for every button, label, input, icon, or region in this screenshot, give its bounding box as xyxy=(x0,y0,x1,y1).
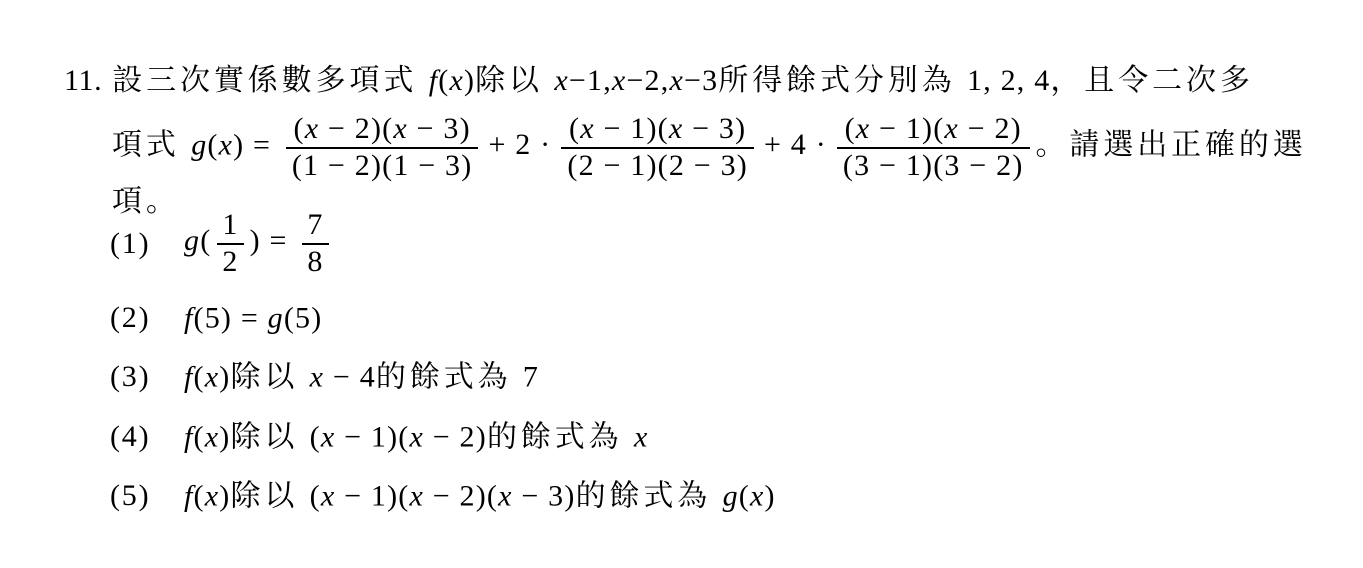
option-1-label: (1) xyxy=(110,225,184,263)
question-stem-line-2: 項式 g(x) = (x − 2)(x − 3)(1 − 2)(1 − 3)+ … xyxy=(112,112,1352,221)
option-1-value-numerator: 7 xyxy=(302,208,328,243)
option-5: (5)f(x)除以 (x − 1)(x − 2)(x − 3)的餘式為 g(x) xyxy=(110,475,776,515)
option-1-g-open: g( xyxy=(184,224,211,257)
option-3-divide-text: 除以 xyxy=(230,360,309,393)
option-5-divide-text: 除以 xyxy=(230,479,309,512)
option-4-remainder-text: 的餘式為 xyxy=(487,420,634,453)
math-divisors: x−1,x−2,x−3 xyxy=(554,64,718,97)
fraction-term-2: (x − 1)(x − 3)(2 − 1)(2 − 3) xyxy=(561,112,754,183)
stem-text-4: ，且令二次多 xyxy=(1050,64,1253,97)
option-4: (4)f(x)除以 (x − 1)(x − 2)的餘式為 x xyxy=(110,416,648,456)
math-g-of-x-equals: g(x) = xyxy=(191,128,280,161)
fraction-term-3: (x − 1)(x − 2)(3 − 1)(3 − 2) xyxy=(837,112,1030,183)
option-5-content: f(x)除以 (x − 1)(x − 2)(x − 3)的餘式為 g(x) xyxy=(184,479,776,512)
fraction-1-numerator: (x − 2)(x − 3) xyxy=(286,112,479,147)
option-2-label: (2) xyxy=(110,299,184,337)
stem-text-3: 所得餘式分別為 xyxy=(718,64,967,97)
option-1: (1)g(12) = 78 xyxy=(110,208,335,279)
option-4-divisor: (x − 1)(x − 2) xyxy=(310,420,487,453)
option-1-argument-fraction: 12 xyxy=(217,208,243,279)
option-1-close-equals: ) = xyxy=(250,224,297,257)
option-2: (2)f(5) = g(5) xyxy=(110,297,322,337)
fraction-3-numerator: (x − 1)(x − 2) xyxy=(837,112,1030,147)
fraction-3-denominator: (3 − 1)(3 − 2) xyxy=(837,147,1030,184)
option-1-value-fraction: 78 xyxy=(302,208,328,279)
option-3-divisor: x − 4 xyxy=(310,360,376,393)
question-number: 11. xyxy=(64,64,102,97)
option-5-divisor: (x − 1)(x − 2)(x − 3) xyxy=(310,479,576,512)
exam-question-page: 11.設三次實係數多項式 f(x)除以 x−1,x−2,x−3所得餘式分別為 1… xyxy=(0,0,1363,568)
option-1-arg-numerator: 1 xyxy=(217,208,243,243)
stem-text-1: 設三次實係數多項式 xyxy=(112,64,429,97)
option-5-result: g(x) xyxy=(723,479,776,512)
option-4-f-of-x: f(x) xyxy=(184,420,230,453)
option-5-remainder-text: 的餘式為 xyxy=(576,479,723,512)
fraction-2-numerator: (x − 1)(x − 3) xyxy=(561,112,754,147)
option-3-label: (3) xyxy=(110,358,184,396)
option-1-value-denominator: 8 xyxy=(302,243,328,280)
stem-text-5: 項式 xyxy=(112,128,191,161)
option-1-content: g(12) = 78 xyxy=(184,224,335,257)
option-2-content: f(5) = g(5) xyxy=(184,301,322,334)
option-3: (3)f(x)除以 x − 4的餘式為 7 xyxy=(110,356,539,396)
stem-text-2: 除以 xyxy=(475,64,554,97)
option-3-f-of-x: f(x) xyxy=(184,360,230,393)
fraction-2-denominator: (2 − 1)(2 − 3) xyxy=(561,147,754,184)
option-4-divide-text: 除以 xyxy=(230,420,309,453)
option-1-arg-denominator: 2 xyxy=(217,243,243,280)
option-5-label: (5) xyxy=(110,477,184,515)
operator-plus-4-dot: + 4 · xyxy=(764,128,827,161)
question-stem-line-1: 11.設三次實係數多項式 f(x)除以 x−1,x−2,x−3所得餘式分別為 1… xyxy=(64,62,1334,100)
operator-plus-2-dot: + 2 · xyxy=(488,128,551,161)
remainder-values: 1, 2, 4 xyxy=(967,64,1050,97)
option-3-result: 7 xyxy=(523,360,539,393)
fraction-term-1: (x − 2)(x − 3)(1 − 2)(1 − 3) xyxy=(286,112,479,183)
option-3-remainder-text: 的餘式為 xyxy=(376,360,523,393)
fraction-1-denominator: (1 − 2)(1 − 3) xyxy=(286,147,479,184)
option-4-content: f(x)除以 (x − 1)(x − 2)的餘式為 x xyxy=(184,420,648,453)
option-3-content: f(x)除以 x − 4的餘式為 7 xyxy=(184,360,539,393)
option-4-result: x xyxy=(634,420,649,453)
option-4-label: (4) xyxy=(110,418,184,456)
math-f-of-x: f(x) xyxy=(429,64,475,97)
option-5-f-of-x: f(x) xyxy=(184,479,230,512)
